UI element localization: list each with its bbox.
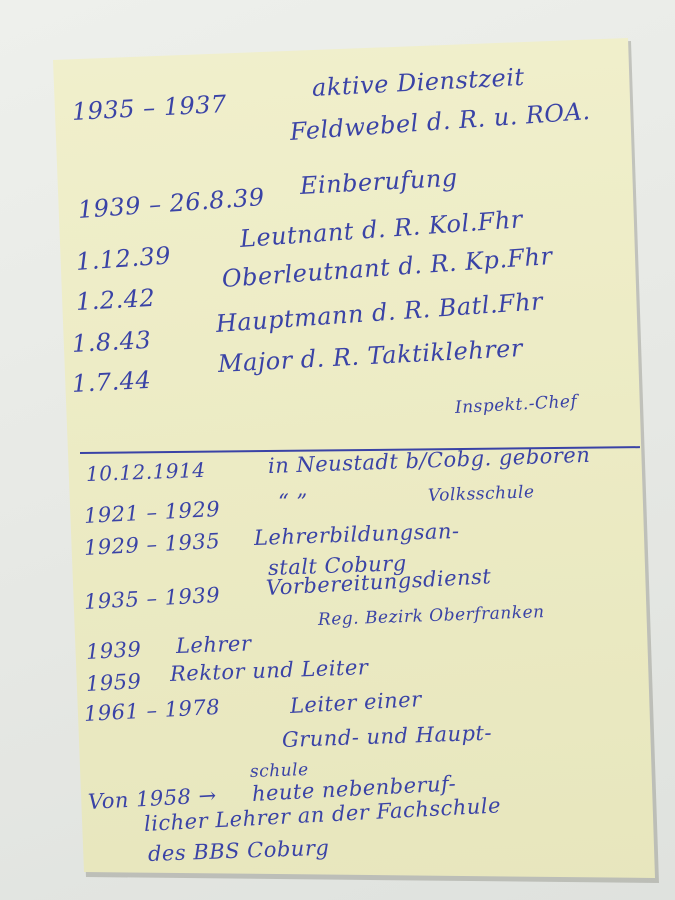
entry-text: Lehrer [176, 631, 252, 658]
entry-text: Inspekt.-Chef [454, 392, 577, 418]
entry-date: 1939 [85, 637, 142, 664]
entry-text: Grund- und Haupt- [282, 721, 493, 752]
entry-date: 1939 – 26.8.39 [77, 183, 265, 224]
entry-text: in Neustadt b/Cobg. geboren [268, 443, 591, 478]
entry-text: “ ” [278, 490, 308, 514]
entry-text: Leiter einer [289, 687, 422, 718]
entry-text: Rektor und Leiter [170, 655, 369, 686]
entry-date: 1.12.39 [75, 241, 172, 276]
entry-text: Hauptmann d. R. Batl.Fhr [215, 287, 544, 338]
entry-text: Feldwebel d. R. u. ROA. [289, 97, 591, 146]
entry-date: 1.2.42 [75, 284, 156, 316]
entry-date: 1959 [85, 669, 142, 696]
entry-date: 1.7.44 [71, 366, 152, 398]
entry-text: Reg. Bezirk Oberfranken [318, 602, 545, 630]
entry-text: des BBS Coburg [148, 836, 330, 866]
entry-date: 1921 – 1929 [83, 497, 220, 528]
entry-date: 1935 – 1939 [83, 583, 220, 614]
index-card: 1935 – 1937 aktive Dienstzeit Feldwebel … [0, 0, 675, 900]
entry-date: 10.12.1914 [86, 458, 206, 486]
entry-text: Volksschule [428, 482, 535, 506]
entry-date: 1.8.43 [71, 326, 152, 358]
entry-text: aktive Dienstzeit [311, 63, 525, 102]
entry-text: Lehrerbildungsan- [254, 519, 460, 550]
entry-date: 1935 – 1937 [71, 90, 227, 126]
entry-text: Einberufung [299, 164, 458, 200]
entry-text: Major d. R. Taktiklehrer [217, 334, 523, 378]
entry-date: 1929 – 1935 [83, 529, 220, 560]
entry-date: 1961 – 1978 [83, 695, 220, 726]
